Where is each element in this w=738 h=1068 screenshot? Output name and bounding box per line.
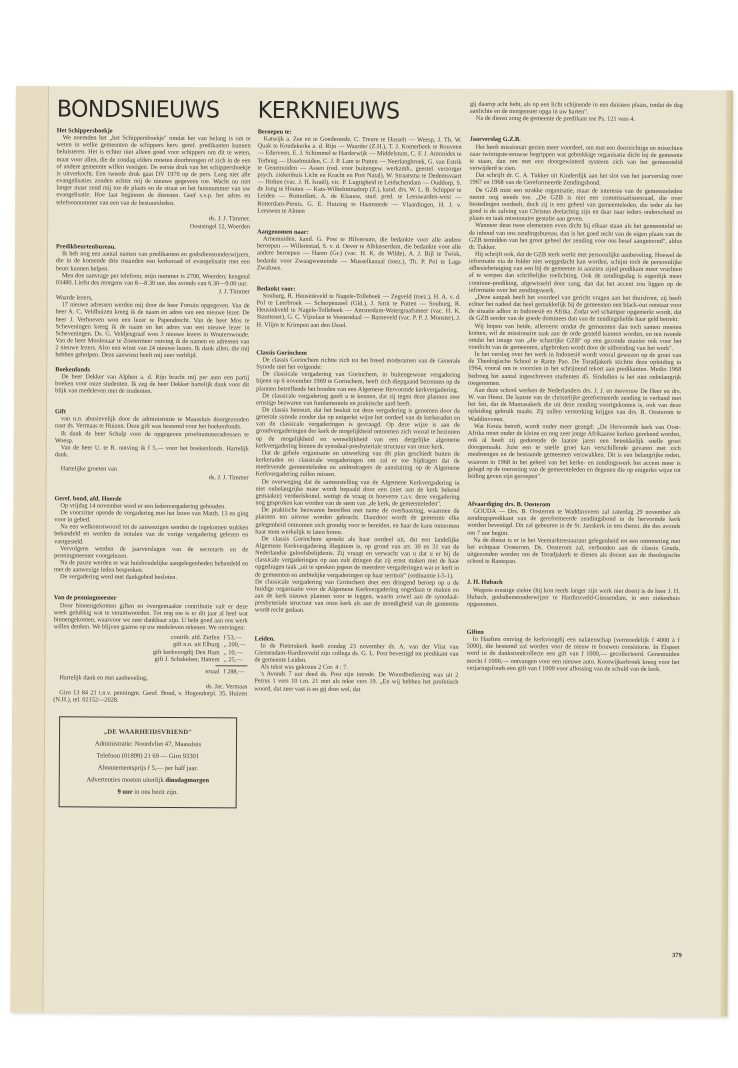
article-body: In Haaften ontving de kerkvoogdij een na… (466, 636, 679, 673)
article-paragraph: De classis Gorinchem richtte zich tot he… (256, 356, 460, 372)
ledger-total-amount: f 288,— (223, 668, 247, 675)
article-body: Wegens ernstige ziekte (hij kon reeds la… (467, 586, 680, 609)
masthead-bondsnieuws: BONDSNIEUWS (57, 98, 251, 124)
article-paragraph: Na de pauze werden er wat huishoudelijke… (54, 559, 248, 574)
article-paragraph: Hij schrijft ook, dat de GZB sterk werkt… (469, 251, 682, 295)
box-line-subscription: Abonnementsprijs f 5,— per half jaar. (64, 762, 232, 775)
article-paragraph: De GZB mist een strakke organisatie, maa… (469, 186, 682, 223)
article-body: Katwijk a. Zee en te Goedereede, C. Treu… (257, 136, 461, 216)
article-paragraph: De classicale vergadering van Gorinchem,… (256, 371, 460, 394)
article-paragraph: van n.n. abusievelijk door de administra… (55, 416, 249, 431)
box-text: Advertenties moeten uiterlijk (86, 776, 165, 783)
article-paragraph: De overweging dat de samenstelling van d… (255, 478, 459, 508)
article-body: De heer Dekker van Alphen a. d. Rijn bra… (55, 373, 249, 396)
donation-ledger: contrib. afd. Zutfenf 53,— gift n.n. uit… (53, 633, 247, 675)
article-body: We noemden het „het Schippersboekje" omd… (56, 134, 250, 207)
article-paragraph: De classicale vergadering geeft u te ken… (256, 392, 460, 408)
article-paragraph: Dat schrijft dr. C. A. Tukker uit Kinder… (469, 172, 682, 188)
box-line-advertisements: Advertenties moeten uiterlijk dinsdagmor… (64, 774, 232, 787)
box-bold-text: 9 uur (117, 788, 132, 795)
article-paragraph: Wij hopen van beide, allereerst omdat de… (468, 322, 681, 352)
column-three: gij daarop acht hebt, als op een licht s… (466, 101, 682, 673)
article-paragraph: Ik dank de heer Schulp voor de opgegeven… (55, 430, 249, 445)
ledger-total-label: totaal (205, 668, 223, 675)
article-paragraph: 17 nieuwe adressen werden mij door de he… (55, 302, 249, 360)
publication-info-box: „DE WAARHEIDSVRIEND" Administratie: Noor… (59, 716, 238, 808)
article-paragraph: Ik heb nog een aantal namen van predikan… (56, 250, 250, 273)
article-body: Door binnengekomen giften en overgemaakt… (54, 602, 248, 632)
signature: ds. J. J. Timmer, (56, 214, 250, 222)
article-paragraph: GOUDA — Drs. B. Oosterom te Waddinxveen … (467, 508, 680, 538)
article-paragraph: Na de dienst is er in het Veemarktrestau… (467, 537, 680, 567)
article-paragraph: Na een welkomstwoord tot de aanwezigen w… (54, 523, 248, 546)
article-paragraph: De voorzitter opende de vergadering met … (54, 509, 248, 524)
article-paragraph: Dat de gehele organisatie en uitwerking … (256, 449, 460, 479)
article-paragraph: Van de heer U. te R. ontving ik f 5,— vo… (55, 444, 249, 459)
ledger-label: gift J. Schakeleer, Hattem (155, 656, 224, 664)
box-title: „DE WAARHEIDSVRIEND" (64, 726, 232, 739)
article-paragraph: De classis Gorinchem spreekt als haar oo… (255, 535, 459, 579)
article-paragraph: In het verslag over het werk in Indonesi… (468, 351, 681, 388)
article-paragraph: De classis betreurt, dat het besluit tot… (256, 406, 460, 450)
ledger-amount: ,, 25,— (223, 656, 247, 663)
article-body: Arnemuiden, kand. G. Post te Hilversum, … (257, 236, 461, 273)
ledger-row: gift J. Schakeleer, Hattem,, 25,— (53, 655, 247, 663)
box-bold-text: dinsdagmorgen (165, 777, 209, 784)
column-bondsnieuws: BONDSNIEUWS Het Schippersboekje We noemd… (53, 98, 251, 808)
article-paragraph: Wat Kenia betreft, wordt onder meer geze… (468, 422, 681, 481)
page-binding-edge (10, 86, 49, 1012)
page-right-edge (720, 90, 733, 1016)
article-paragraph: Aan deze school werken de Nederlanders d… (468, 387, 681, 424)
greeting: Hartelijke groeten van (55, 465, 249, 473)
page-number: 379 (672, 952, 682, 959)
column-kerknieuws: KERKNIEUWS Beroepen te: Katwijk a. Zee e… (254, 99, 462, 693)
article-paragraph: Men doe aanvrage per telefoon; mijn numm… (56, 272, 250, 287)
closing: Hartelijk dank en met aanbeveling, (53, 674, 247, 682)
ledger-sum-rule (215, 665, 247, 666)
box-text: in ons bezit zijn. (133, 788, 178, 795)
article-paragraph: gij daarop acht hebt, als op een licht s… (470, 101, 683, 117)
article-paragraph: De praktische bezwaren betreffen met nam… (255, 507, 459, 537)
article-paragraph: Wanneer deze twee elementen even dicht b… (469, 222, 682, 252)
scanned-page: BONDSNIEUWS Het Schippersboekje We noemd… (10, 86, 733, 1016)
box-line-administration: Administratie: Noordvliet 47, Maassluis (64, 738, 232, 751)
article-body: Souburg, R. Heusinkveld te Nagele-Tolleb… (257, 292, 461, 329)
article-paragraph: 's Avonds 7 uur deed ds. Post zijn intre… (254, 671, 458, 694)
article-paragraph: Het heeft missionair gezien meer voordee… (469, 143, 682, 173)
box-line-deadline: 9 uur in ons bezit zijn. (64, 786, 232, 799)
article-paragraph: Vervolgens werden de jaarverslagen van d… (54, 545, 248, 560)
box-line-telephone: Telefoon (01899) 21 69 — Giro 93301 (64, 750, 232, 763)
article-paragraph: „Deze aanpak heeft het voordeel van geri… (469, 294, 682, 324)
giro-info: Giro 13 84 21 t.n.v. penningm. Geref. Bo… (53, 690, 247, 705)
article-paragraph: De classicale vergadering van Gorinchem … (255, 578, 459, 615)
masthead-kerknieuws: KERKNIEUWS (258, 99, 462, 125)
article-paragraph: In de Pieterskerk heeft zondag 23 novemb… (254, 642, 458, 665)
